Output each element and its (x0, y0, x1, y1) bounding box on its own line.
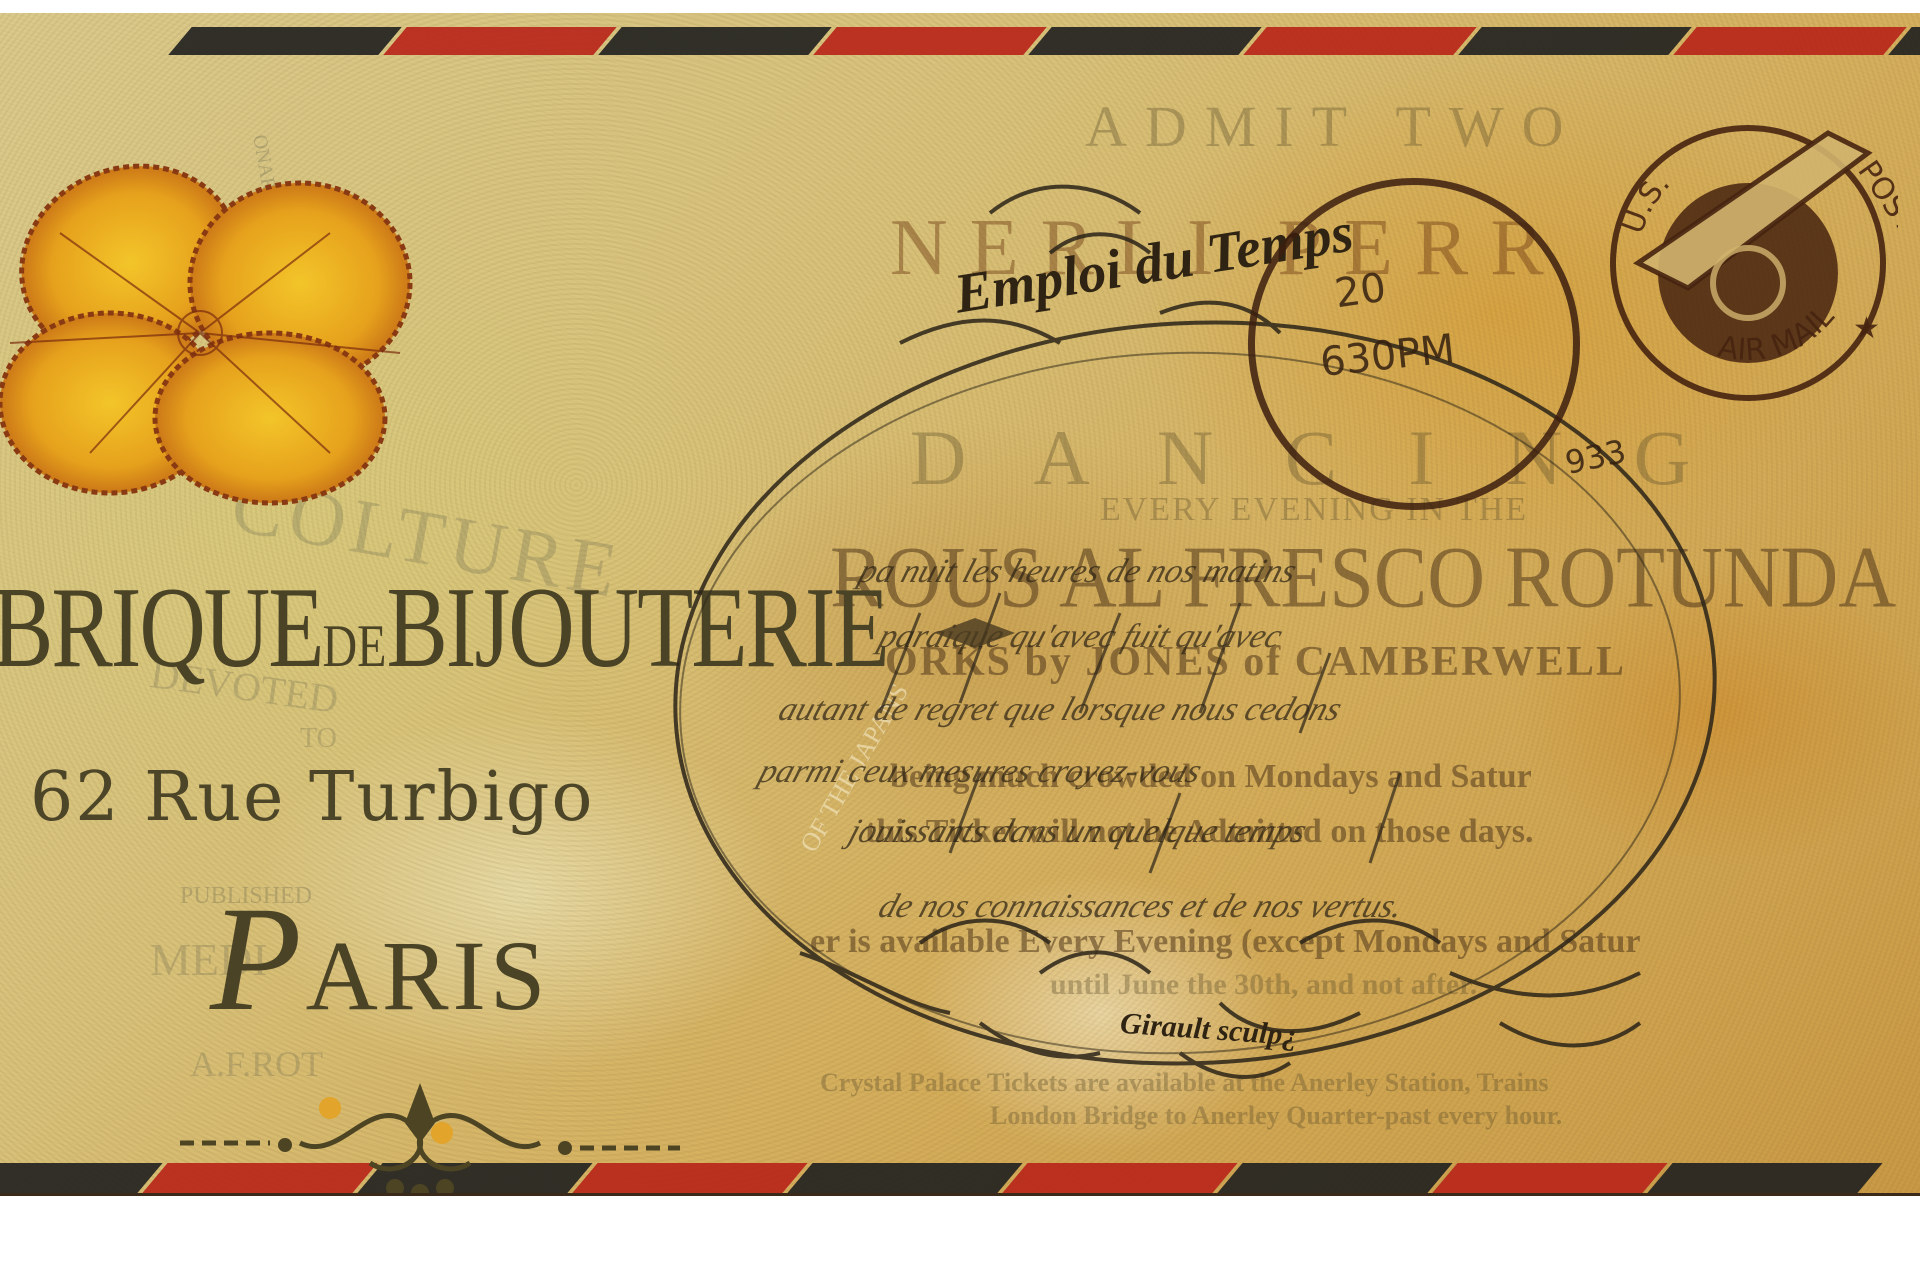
postmark-date: 20 (1332, 265, 1389, 318)
airmail-envelope: ADMIT TWO NERLI PERR D A N C I N G EVERY… (0, 13, 1920, 1196)
stamp-star-icon: ★ (1853, 311, 1880, 346)
airmail-postage-stamp-icon: U.S. POSTAGE AIR MAIL ★ (1598, 113, 1898, 413)
